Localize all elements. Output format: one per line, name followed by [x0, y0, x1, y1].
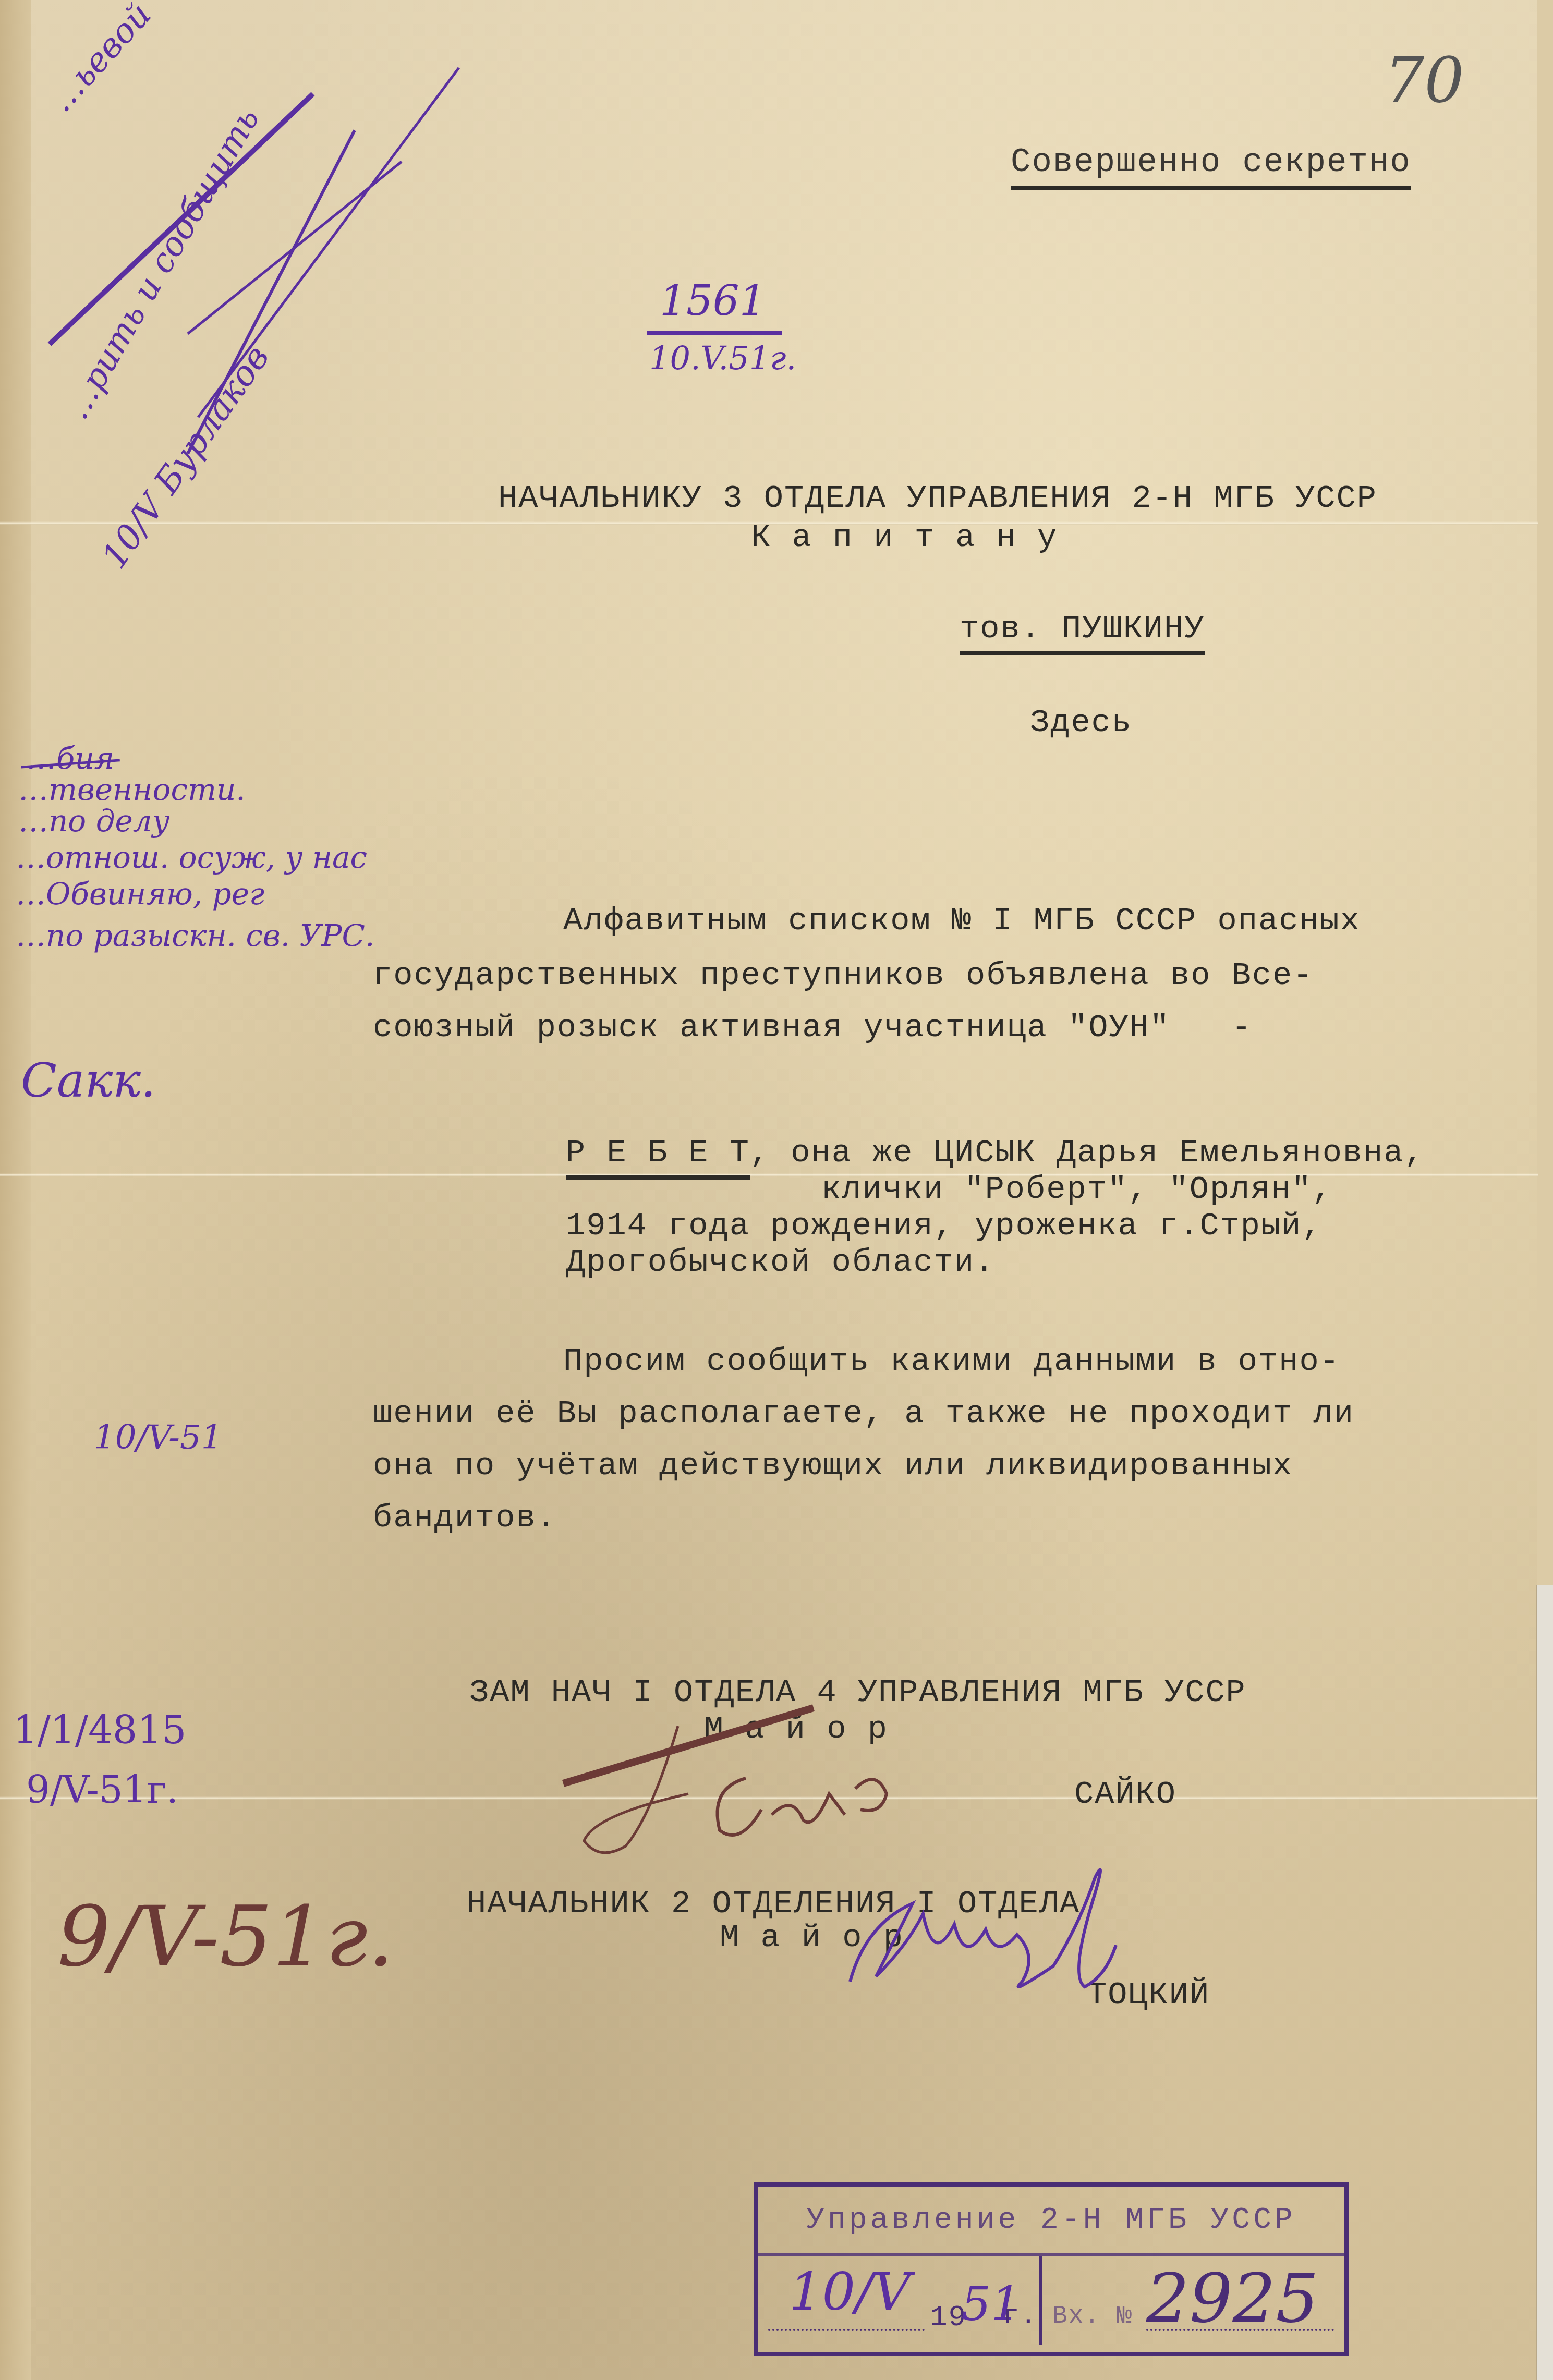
stamp-number-cell: Вх. № 2925: [1042, 2256, 1344, 2345]
body-line: бандитов.: [373, 1502, 557, 1534]
stamp-number-label: Вх. №: [1052, 2304, 1133, 2329]
page-number: 70: [1385, 44, 1464, 117]
margin-note: …Обвиняю, рег: [16, 876, 264, 912]
margin-note: …по делу: [18, 803, 169, 839]
body-line: Алфавитным списком № I МГБ СССР опасных: [563, 905, 1361, 937]
incoming-reg-number: 1561: [660, 276, 766, 325]
body-line: союзный розыск активная участница "ОУН" …: [373, 1012, 1252, 1044]
addressee-location: Здесь: [1030, 707, 1132, 739]
stamp-date-day: 10/V: [789, 2261, 911, 2322]
reg-divider: [647, 331, 782, 335]
margin-note: …твенности.: [18, 772, 246, 807]
margin-reg-date: 9/V-51г.: [26, 1768, 178, 1812]
signature-saiko: [521, 1710, 939, 1867]
underlying-page-edge: [1536, 1585, 1553, 2380]
subject-line: Р Е Б Е Т, она же ЦИСЫК Дарья Емельяновн…: [566, 1137, 1425, 1169]
stamp-dotted-line: [1146, 2329, 1334, 2331]
signatory-name: САЙКО: [1074, 1778, 1176, 1811]
margin-reg-number: 1/1/4815: [13, 1708, 186, 1753]
binding-edge: [0, 0, 31, 2380]
stamp-year-suffix: г.: [1003, 2303, 1037, 2330]
margin-note: …по разыскн. св. УРС.: [16, 918, 374, 953]
stamp-header: Управление 2-Н МГБ УССР: [758, 2187, 1344, 2256]
signature-totsky: [834, 1862, 1252, 2018]
stamp-number: 2925: [1146, 2258, 1319, 2338]
resolution-top-left: [42, 52, 511, 521]
subject-region: Дрогобычской области.: [566, 1246, 995, 1279]
body-line: государственных преступников объявлена в…: [373, 960, 1313, 992]
classification-label: Совершенно секретно: [1011, 146, 1411, 190]
addressee-rank: К а п и т а н у: [751, 521, 1058, 554]
subject-surname: Р Е Б Е Т: [566, 1134, 750, 1180]
addressee-name: тов. ПУШКИНУ: [960, 613, 1205, 655]
incoming-reg-date: 10.V.51г.: [649, 339, 796, 377]
body-line: шении её Вы располагаете, а также не про…: [373, 1398, 1354, 1430]
body-line: она по учётам действующих или ликвидиров…: [373, 1450, 1293, 1482]
addressee-line: НАЧАЛЬНИКУ 3 ОТДЕЛА УПРАВЛЕНИЯ 2-Н МГБ У…: [498, 482, 1377, 515]
body-line: Просим сообщить какими данными в отно-: [563, 1345, 1340, 1378]
margin-note: …отнош. осуж, у нас: [16, 840, 367, 875]
subject-alias: , она же ЦИСЫК Дарья Емельяновна,: [750, 1134, 1425, 1171]
stamp-date-cell: 10/V 19 51 г.: [758, 2256, 1042, 2345]
subject-nicknames: клички "Роберт", "Орлян",: [821, 1173, 1332, 1206]
page-edge: [1537, 0, 1553, 1585]
signatory-title: ЗАМ НАЧ I ОТДЕЛА 4 УПРАВЛЕНИЯ МГБ УССР: [469, 1677, 1246, 1709]
margin-signature: Сакк.: [21, 1053, 156, 1108]
stamp-dotted-line: [768, 2329, 925, 2331]
subject-birth: 1914 года рождения, уроженка г.Стрый,: [566, 1210, 1323, 1242]
margin-note: …бия: [26, 740, 114, 776]
margin-date: 10/V-51: [94, 1418, 222, 1457]
pencil-date: 9/V-51г.: [57, 1888, 394, 1985]
registration-stamp: Управление 2-Н МГБ УССР 10/V 19 51 г. Вх…: [754, 2182, 1349, 2356]
